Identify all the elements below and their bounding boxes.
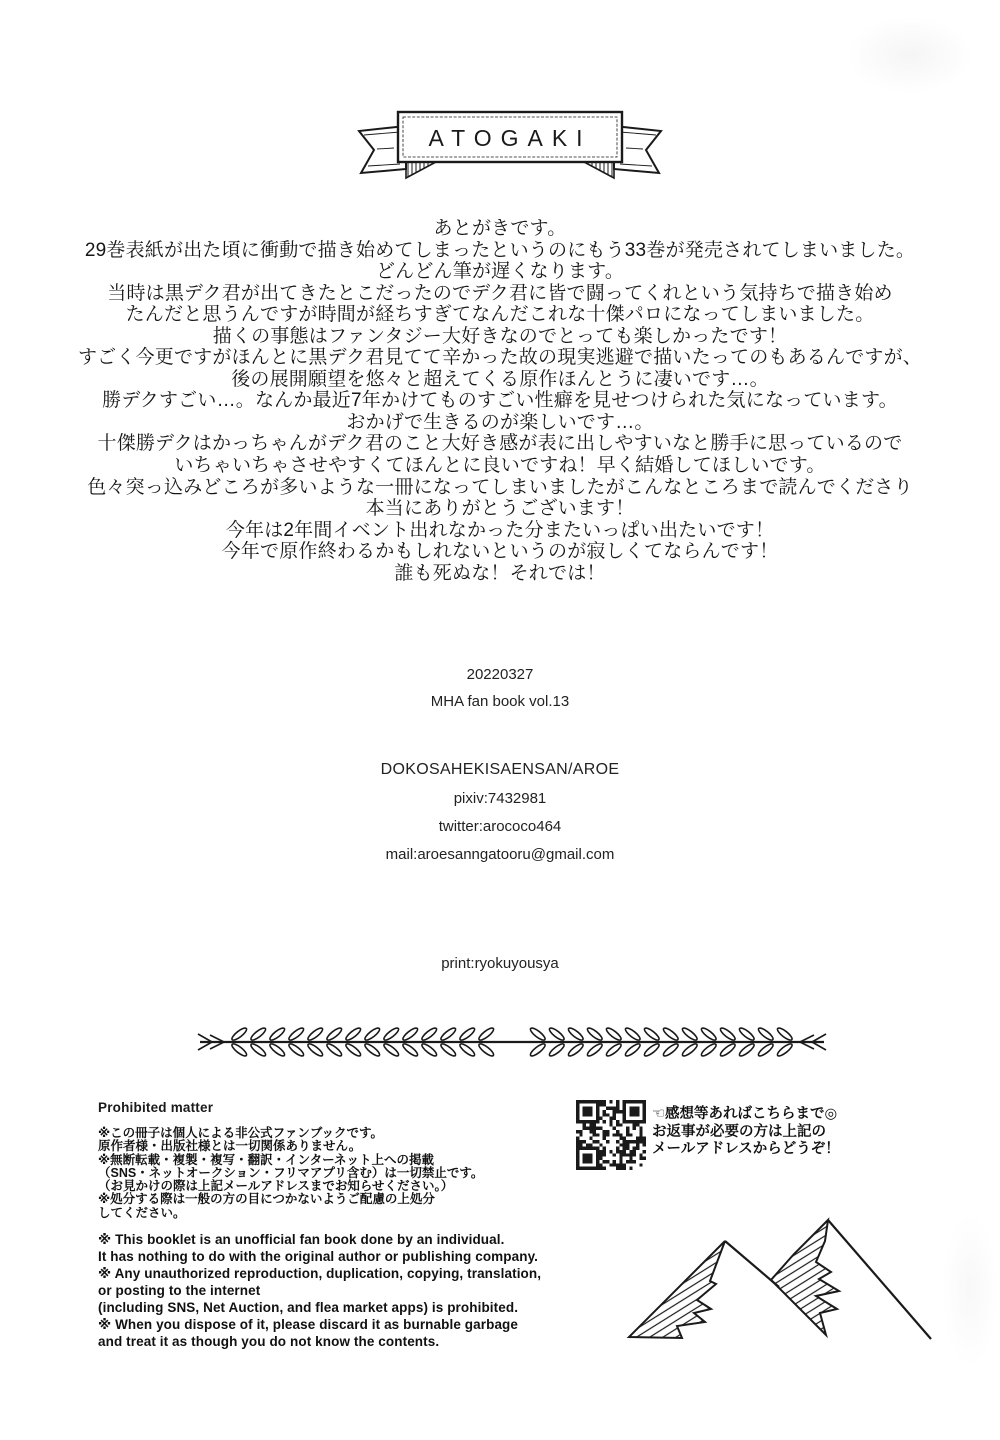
- qr-note-line: お返事が必要の方は上記の: [652, 1124, 840, 1142]
- atogaki-ribbon-banner-icon: ATOGAKI: [350, 104, 670, 194]
- afterword-line: どんどん筆が遅くなります。: [0, 261, 1000, 283]
- prohibited-en-line: ※ This booklet is an unofficial fan book…: [98, 1231, 541, 1248]
- afterword-line: すごく今更ですがほんとに黒デク君見てて辛かった故の現実逃避で描いたってのもあるん…: [0, 347, 1000, 369]
- book-title: MHA fan book vol.13: [0, 693, 1000, 710]
- afterword-line: あとがきです。: [0, 218, 1000, 240]
- scan-smudge: [820, 0, 1000, 110]
- pixiv-id: pixiv:7432981: [0, 790, 1000, 807]
- banner-title: ATOGAKI: [428, 125, 591, 151]
- release-date: 20220327: [0, 666, 1000, 683]
- prohibited-en-line: (including SNS, Net Auction, and flea ma…: [98, 1299, 541, 1316]
- afterword-line: 勝デクすごい…。なんか最近7年かけてものすごい性癖を見せつけられた気になっていま…: [0, 390, 1000, 412]
- mail-address: mail:aroesanngatooru@gmail.com: [0, 846, 1000, 863]
- qr-note-line: メールアドレスからどうぞ！: [652, 1141, 840, 1159]
- afterword-text: あとがきです。 29巻表紙が出た頃に衝動で描き始めてしまったというのにもう33巻…: [0, 218, 1000, 584]
- afterword-line: 今年は2年間イベント出れなかった分またいっぱい出たいです！: [0, 520, 1000, 542]
- prohibited-en-line: ※ Any unauthorized reproduction, duplica…: [98, 1265, 541, 1282]
- prohibited-jp-line: 原作者様・出版社様とは一切関係ありません。: [98, 1140, 483, 1153]
- prohibited-jp-line: ※無断転載・複製・複写・翻訳・インターネット上への掲載: [98, 1154, 483, 1167]
- afterword-line: たんだと思うんですが時間が経ちすぎてなんだこれな十傑パロになってしまいました。: [0, 304, 1000, 326]
- prohibited-jp-line: ※処分する際は一般の方の目につかないようご配慮の上処分: [98, 1193, 483, 1206]
- prohibited-matter-japanese: ※この冊子は個人による非公式ファンブックです。 原作者様・出版社様とは一切関係あ…: [98, 1127, 483, 1220]
- afterword-line: 当時は黒デク君が出てきたとこだったのでデク君に皆で闘ってくれという気持ちで描き始…: [0, 283, 1000, 305]
- prohibited-en-line: and treat it as though you do not know t…: [98, 1333, 541, 1350]
- prohibited-en-line: or posting to the internet: [98, 1282, 541, 1299]
- printer-credit: print:ryokuyousya: [0, 955, 1000, 972]
- afterword-line: 誰も死ぬな！それでは！: [0, 563, 1000, 585]
- mountain-doodle-icon: [598, 1192, 998, 1367]
- afterword-line: おかげで生きるのが楽しいです…。: [0, 412, 1000, 434]
- afterword-line: 描くの事態はファンタジー大好きなのでとっても楽しかったです！: [0, 326, 1000, 348]
- afterword-line: いちゃいちゃさせやすくてほんとに良いですね！早く結婚してほしいです。: [0, 455, 1000, 477]
- afterword-line: 29巻表紙が出た頃に衝動で描き始めてしまったというのにもう33巻が発売されてしま…: [0, 240, 1000, 262]
- afterword-line: 本当にありがとうございます！: [0, 498, 1000, 520]
- afterword-line: 十傑勝デクはかっちゃんがデク君のこと大好き感が表に出しやすいなと勝手に思っている…: [0, 433, 1000, 455]
- circle-author: DOKOSAHEKISAENSAN/AROE: [0, 761, 1000, 779]
- afterword-line: 今年で原作終わるかもしれないというのが寂しくてならんです！: [0, 541, 1000, 563]
- laurel-branch-divider-icon: [192, 1016, 832, 1066]
- prohibited-matter-header: Prohibited matter: [98, 1100, 213, 1115]
- twitter-handle: twitter:arococo464: [0, 818, 1000, 835]
- qr-code: [576, 1100, 646, 1170]
- prohibited-matter-english: ※ This booklet is an unofficial fan book…: [98, 1231, 541, 1350]
- page: { "banner": { "title": "ATOGAKI" }, "aft…: [0, 0, 1000, 1440]
- prohibited-jp-line: してください。: [98, 1207, 483, 1220]
- afterword-line: 後の展開願望を悠々と超えてくる原作ほんとうに凄いです…。: [0, 369, 1000, 391]
- prohibited-en-line: It has nothing to do with the original a…: [98, 1248, 541, 1265]
- afterword-line: 色々突っ込みどころが多いような一冊になってしまいましたがこんなところまで読んでく…: [0, 477, 1000, 499]
- qr-note: ☜感想等あればこちらまで◎ お返事が必要の方は上記の メールアドレスからどうぞ！: [652, 1106, 840, 1159]
- prohibited-en-line: ※ When you dispose of it, please discard…: [98, 1316, 541, 1333]
- qr-note-line-with-pointing-hand-icon: ☜感想等あればこちらまで◎: [652, 1106, 840, 1124]
